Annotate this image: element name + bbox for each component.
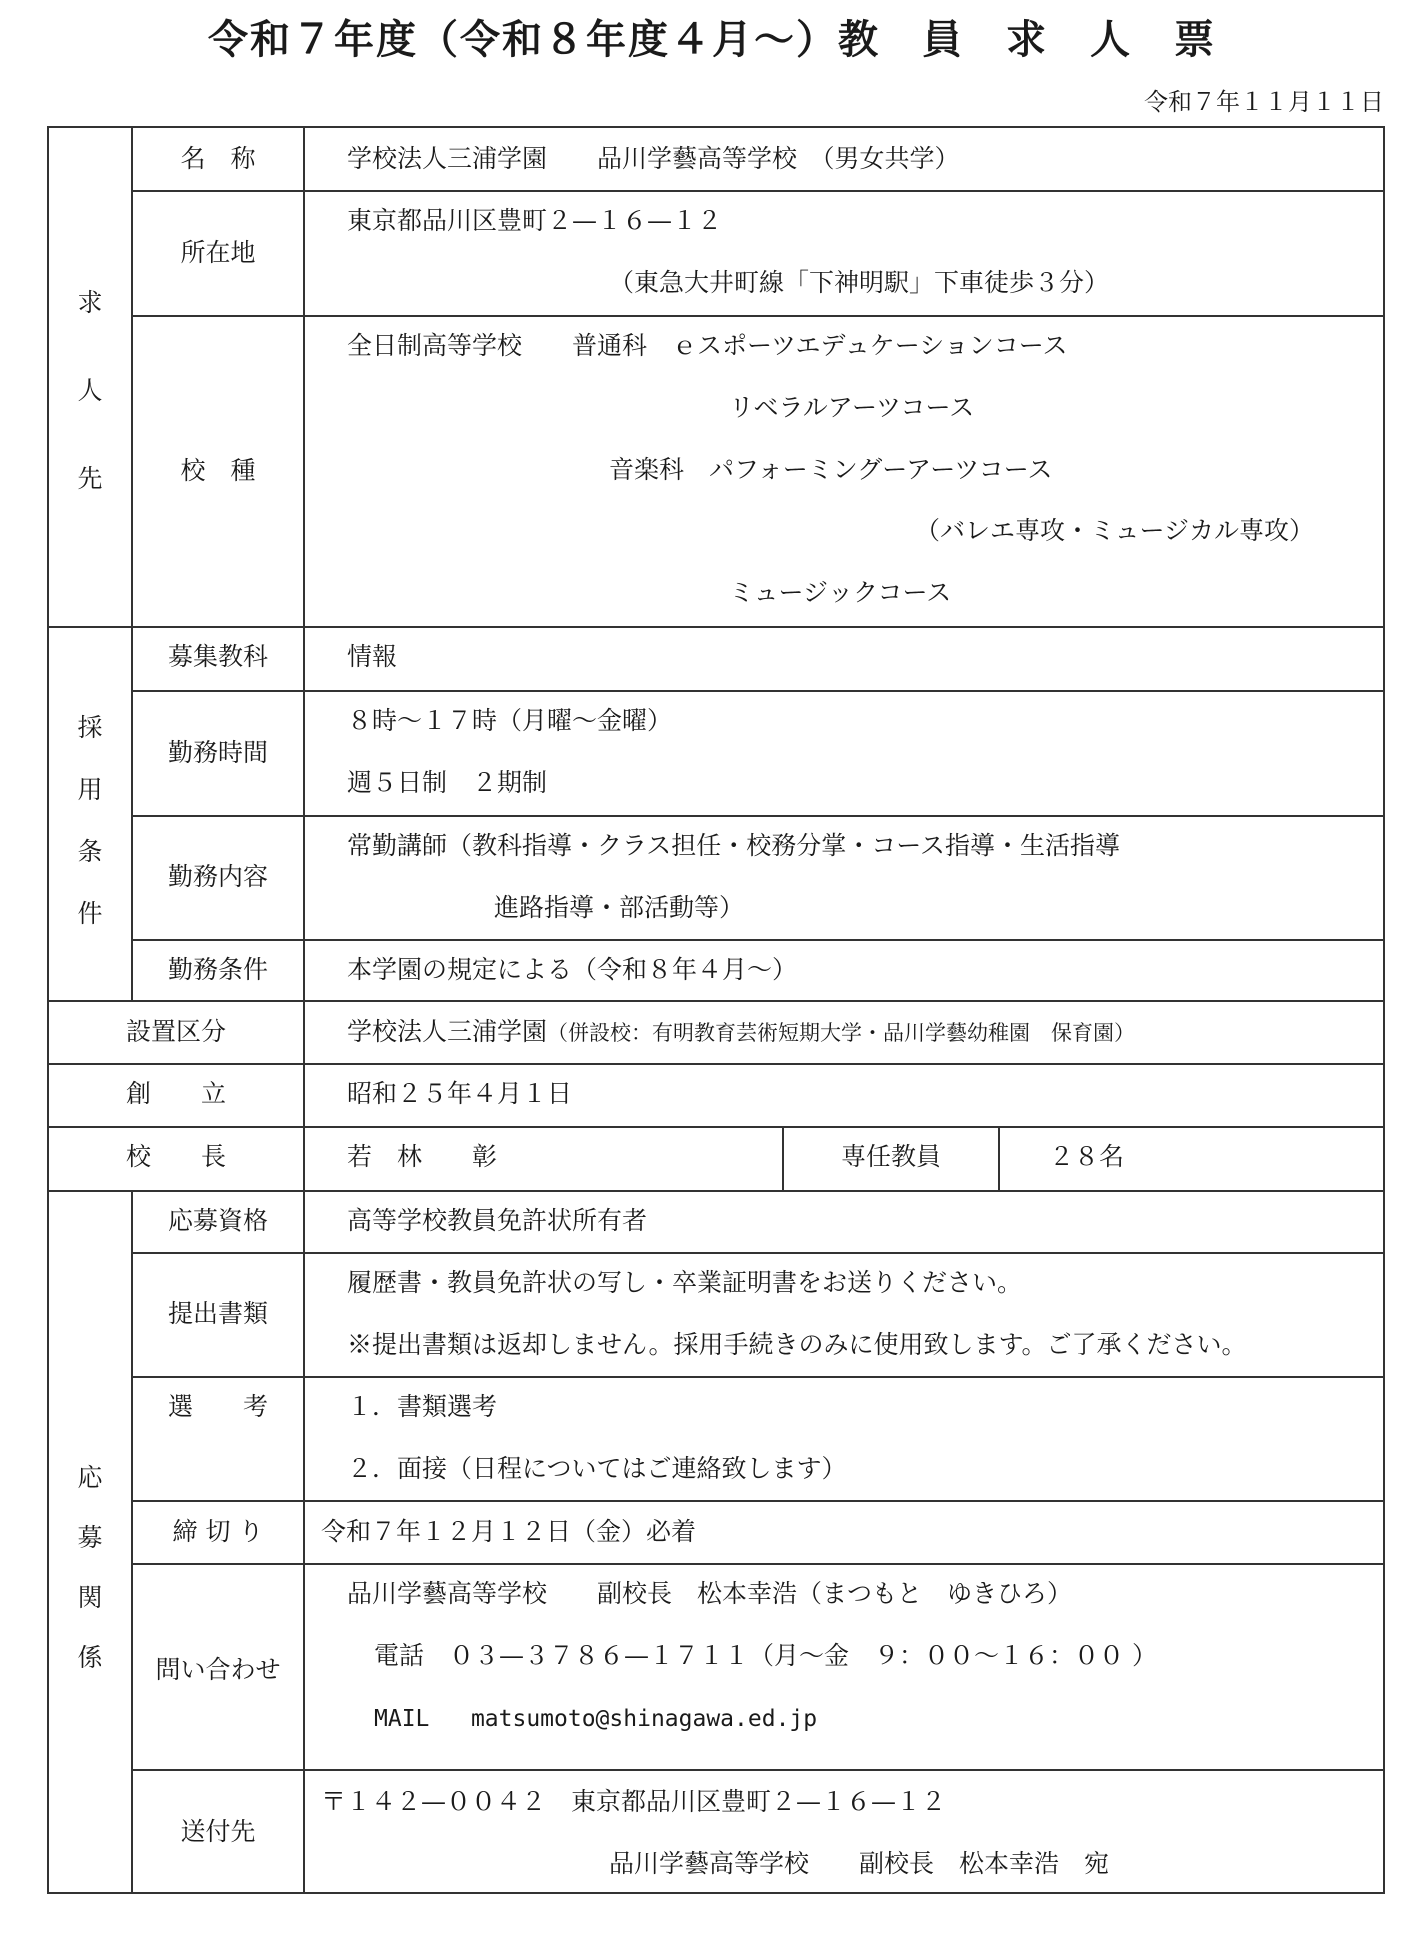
label-name: 名 称: [133, 144, 303, 174]
row-divider: [131, 690, 1385, 692]
documents-note: ※提出書類は返却しません。採用手続きのみに使用致します。ご了承ください。: [347, 1330, 1247, 1360]
school-name: 学校法人三浦学園 品川学藝高等学校 （男女共学）: [347, 144, 960, 174]
duties-value: 常勤講師（教科指導・クラス担任・校務分掌・コース指導・生活指導: [347, 831, 1120, 861]
location-address: 東京都品川区豊町２—１６—１２: [347, 206, 722, 236]
row-divider: [49, 626, 1385, 628]
label-contact: 問い合わせ: [133, 1655, 303, 1685]
label-send-to: 送付先: [133, 1817, 303, 1847]
label-founded: 創 立: [49, 1079, 303, 1109]
documents-value: 履歴書・教員免許状の写し・卒業証明書をお送りください。: [347, 1268, 1022, 1298]
deadline-value: 令和７年１２月１２日（金）必着: [321, 1517, 696, 1547]
school-type-line: リベラルアーツコース: [729, 393, 974, 423]
row-divider: [49, 1000, 1385, 1002]
label-documents: 提出書類: [133, 1299, 303, 1329]
row-divider: [131, 939, 1385, 941]
label-qualification: 応募資格: [133, 1206, 303, 1236]
label-terms: 勤務条件: [133, 955, 303, 985]
col-divider-teachers: [998, 1126, 1000, 1190]
group-label-conditions: 採 用 条 件: [49, 708, 131, 930]
label-location: 所在地: [133, 238, 303, 268]
row-divider: [131, 815, 1385, 817]
establishment-value: 学校法人三浦学園（併設校：有明教育芸術短期大学・品川学藝幼稚園 保育園）: [347, 1017, 1135, 1048]
row-divider: [131, 1376, 1385, 1378]
email-link[interactable]: matsumoto@shinagawa.ed.jp: [471, 1706, 817, 1732]
label-duties: 勤務内容: [133, 862, 303, 892]
col-divider-label: [303, 128, 305, 1894]
school-type-line: 全日制高等学校 普通科 ｅスポーツエデュケーションコース: [347, 331, 1068, 361]
qualification-value: 高等学校教員免許状所有者: [347, 1206, 647, 1236]
page-title: 令和７年度（令和８年度４月〜）教 員 求 人 票: [0, 8, 1424, 65]
label-principal: 校 長: [49, 1142, 303, 1172]
principal-value: 若 林 彰: [347, 1142, 497, 1172]
label-school-type: 校 種: [133, 456, 303, 486]
send-to-recipient: 品川学藝高等学校 副校長 松本幸浩 宛: [609, 1849, 1109, 1879]
label-fulltime-teachers: 専任教員: [784, 1142, 998, 1172]
row-divider: [131, 1252, 1385, 1254]
contact-phone: 電話 ０３—３７８６—１７１１（月〜金 ９：００〜１６：００ ）: [374, 1641, 1157, 1671]
group-label-application: 応 募 関 係: [49, 1458, 131, 1674]
school-type-line: （バレエ専攻・ミュージカル専攻）: [915, 516, 1314, 546]
label-subject: 募集教科: [133, 642, 303, 672]
row-divider: [49, 1063, 1385, 1065]
hours-value: ８時〜１７時（月曜〜金曜）: [347, 706, 672, 736]
row-divider: [131, 1769, 1385, 1771]
group-label-recruiter: 求 人 先: [49, 283, 131, 495]
label-selection: 選 考: [133, 1392, 303, 1422]
row-divider: [49, 1126, 1385, 1128]
contact-person: 品川学藝高等学校 副校長 松本幸浩（まつもと ゆきひろ）: [347, 1579, 1072, 1609]
location-access: （東急大井町線「下神明駅」下車徒歩３分）: [609, 268, 1109, 298]
school-type-line: 音楽科 パフォーミングーアーツコース: [609, 455, 1053, 485]
row-divider: [131, 1500, 1385, 1502]
label-deadline: 締 切 り: [133, 1517, 303, 1547]
label-hours: 勤務時間: [133, 738, 303, 768]
fulltime-teachers-value: ２８名: [1049, 1142, 1124, 1172]
hours-schedule: 週５日制 ２期制: [347, 768, 547, 798]
terms-value: 本学園の規定による（令和８年４月〜）: [347, 955, 797, 985]
job-posting-table: 求 人 先 名 称 学校法人三浦学園 品川学藝高等学校 （男女共学） 所在地 東…: [47, 126, 1385, 1894]
row-divider: [131, 1563, 1385, 1565]
send-to-address: 〒１４２—００４２ 東京都品川区豊町２—１６—１２: [321, 1787, 946, 1817]
founded-value: 昭和２５年４月１日: [347, 1079, 572, 1109]
selection-step: ２．面接（日程についてはご連絡致します）: [347, 1454, 847, 1484]
school-type-line: ミュージックコース: [729, 578, 951, 608]
duties-value-cont: 進路指導・部活動等）: [494, 893, 744, 923]
row-divider: [131, 190, 1385, 192]
selection-step: １．書類選考: [347, 1392, 497, 1422]
row-divider: [131, 315, 1385, 317]
subject-value: 情報: [347, 642, 397, 672]
contact-mail: MAIL matsumoto@shinagawa.ed.jp: [374, 1704, 817, 1734]
issue-date: 令和７年１１月１１日: [1144, 82, 1384, 117]
row-divider: [49, 1190, 1385, 1192]
label-establishment: 設置区分: [49, 1017, 303, 1047]
